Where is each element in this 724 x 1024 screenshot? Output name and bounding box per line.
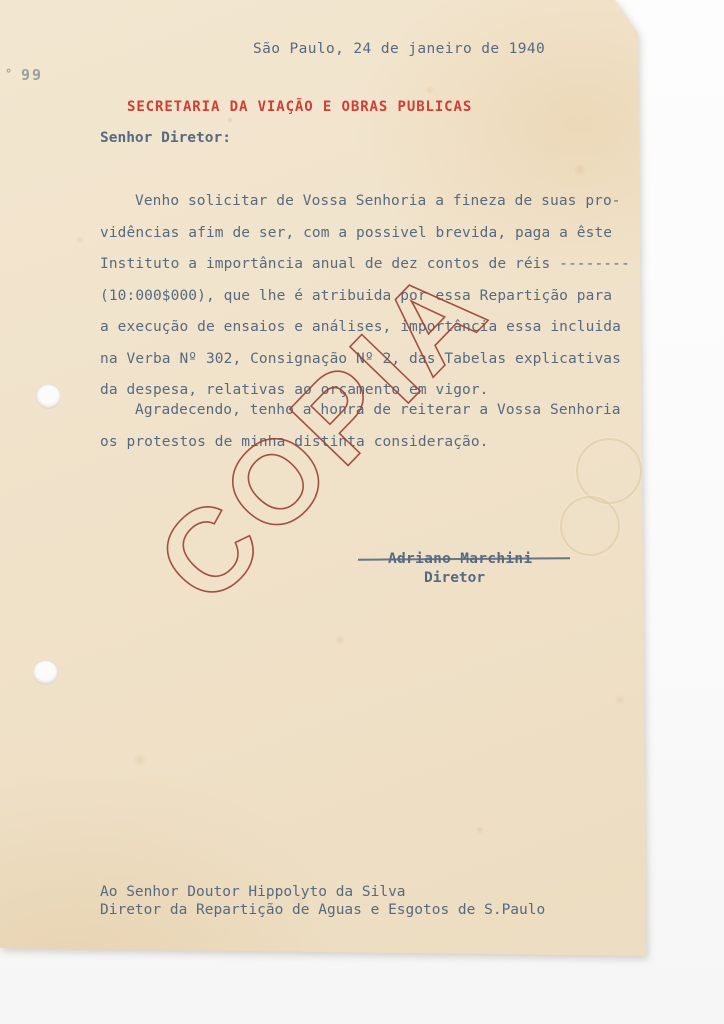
department-heading: SECRETARIA DA VIAÇÃO E OBRAS PUBLICAS (127, 99, 472, 115)
body-paragraph-1: Venho solicitar de Vossa Senhoria a fine… (100, 186, 645, 407)
addressee-line-2: Diretor da Repartição de Aguas e Esgotos… (100, 902, 545, 918)
punch-hole-bottom (33, 660, 58, 685)
body-paragraph-2: Agradecendo, tenho a honra de reiterar a… (100, 395, 645, 458)
embossed-seal-ring (576, 438, 642, 504)
embossed-seal-ring (560, 496, 620, 556)
punch-hole-top (36, 384, 61, 409)
addressee-block: Ao Senhor Doutor Hippolyto da Silva Dire… (100, 884, 545, 919)
salutation: Senhor Diretor: (100, 130, 231, 146)
paper-sheet: ° 99 São Paulo, 24 de janeiro de 1940 SE… (0, 0, 724, 1024)
folio-mark: ° (5, 67, 12, 81)
dateline: São Paulo, 24 de janeiro de 1940 (253, 41, 545, 57)
page-number: 99 (21, 66, 43, 84)
signature-name: Adriano Marchini (388, 551, 532, 567)
signature-title: Diretor (424, 570, 485, 586)
addressee-line-1: Ao Senhor Doutor Hippolyto da Silva (100, 884, 406, 900)
paper-sheet-wrap: ° 99 São Paulo, 24 de janeiro de 1940 SE… (0, 0, 724, 1024)
